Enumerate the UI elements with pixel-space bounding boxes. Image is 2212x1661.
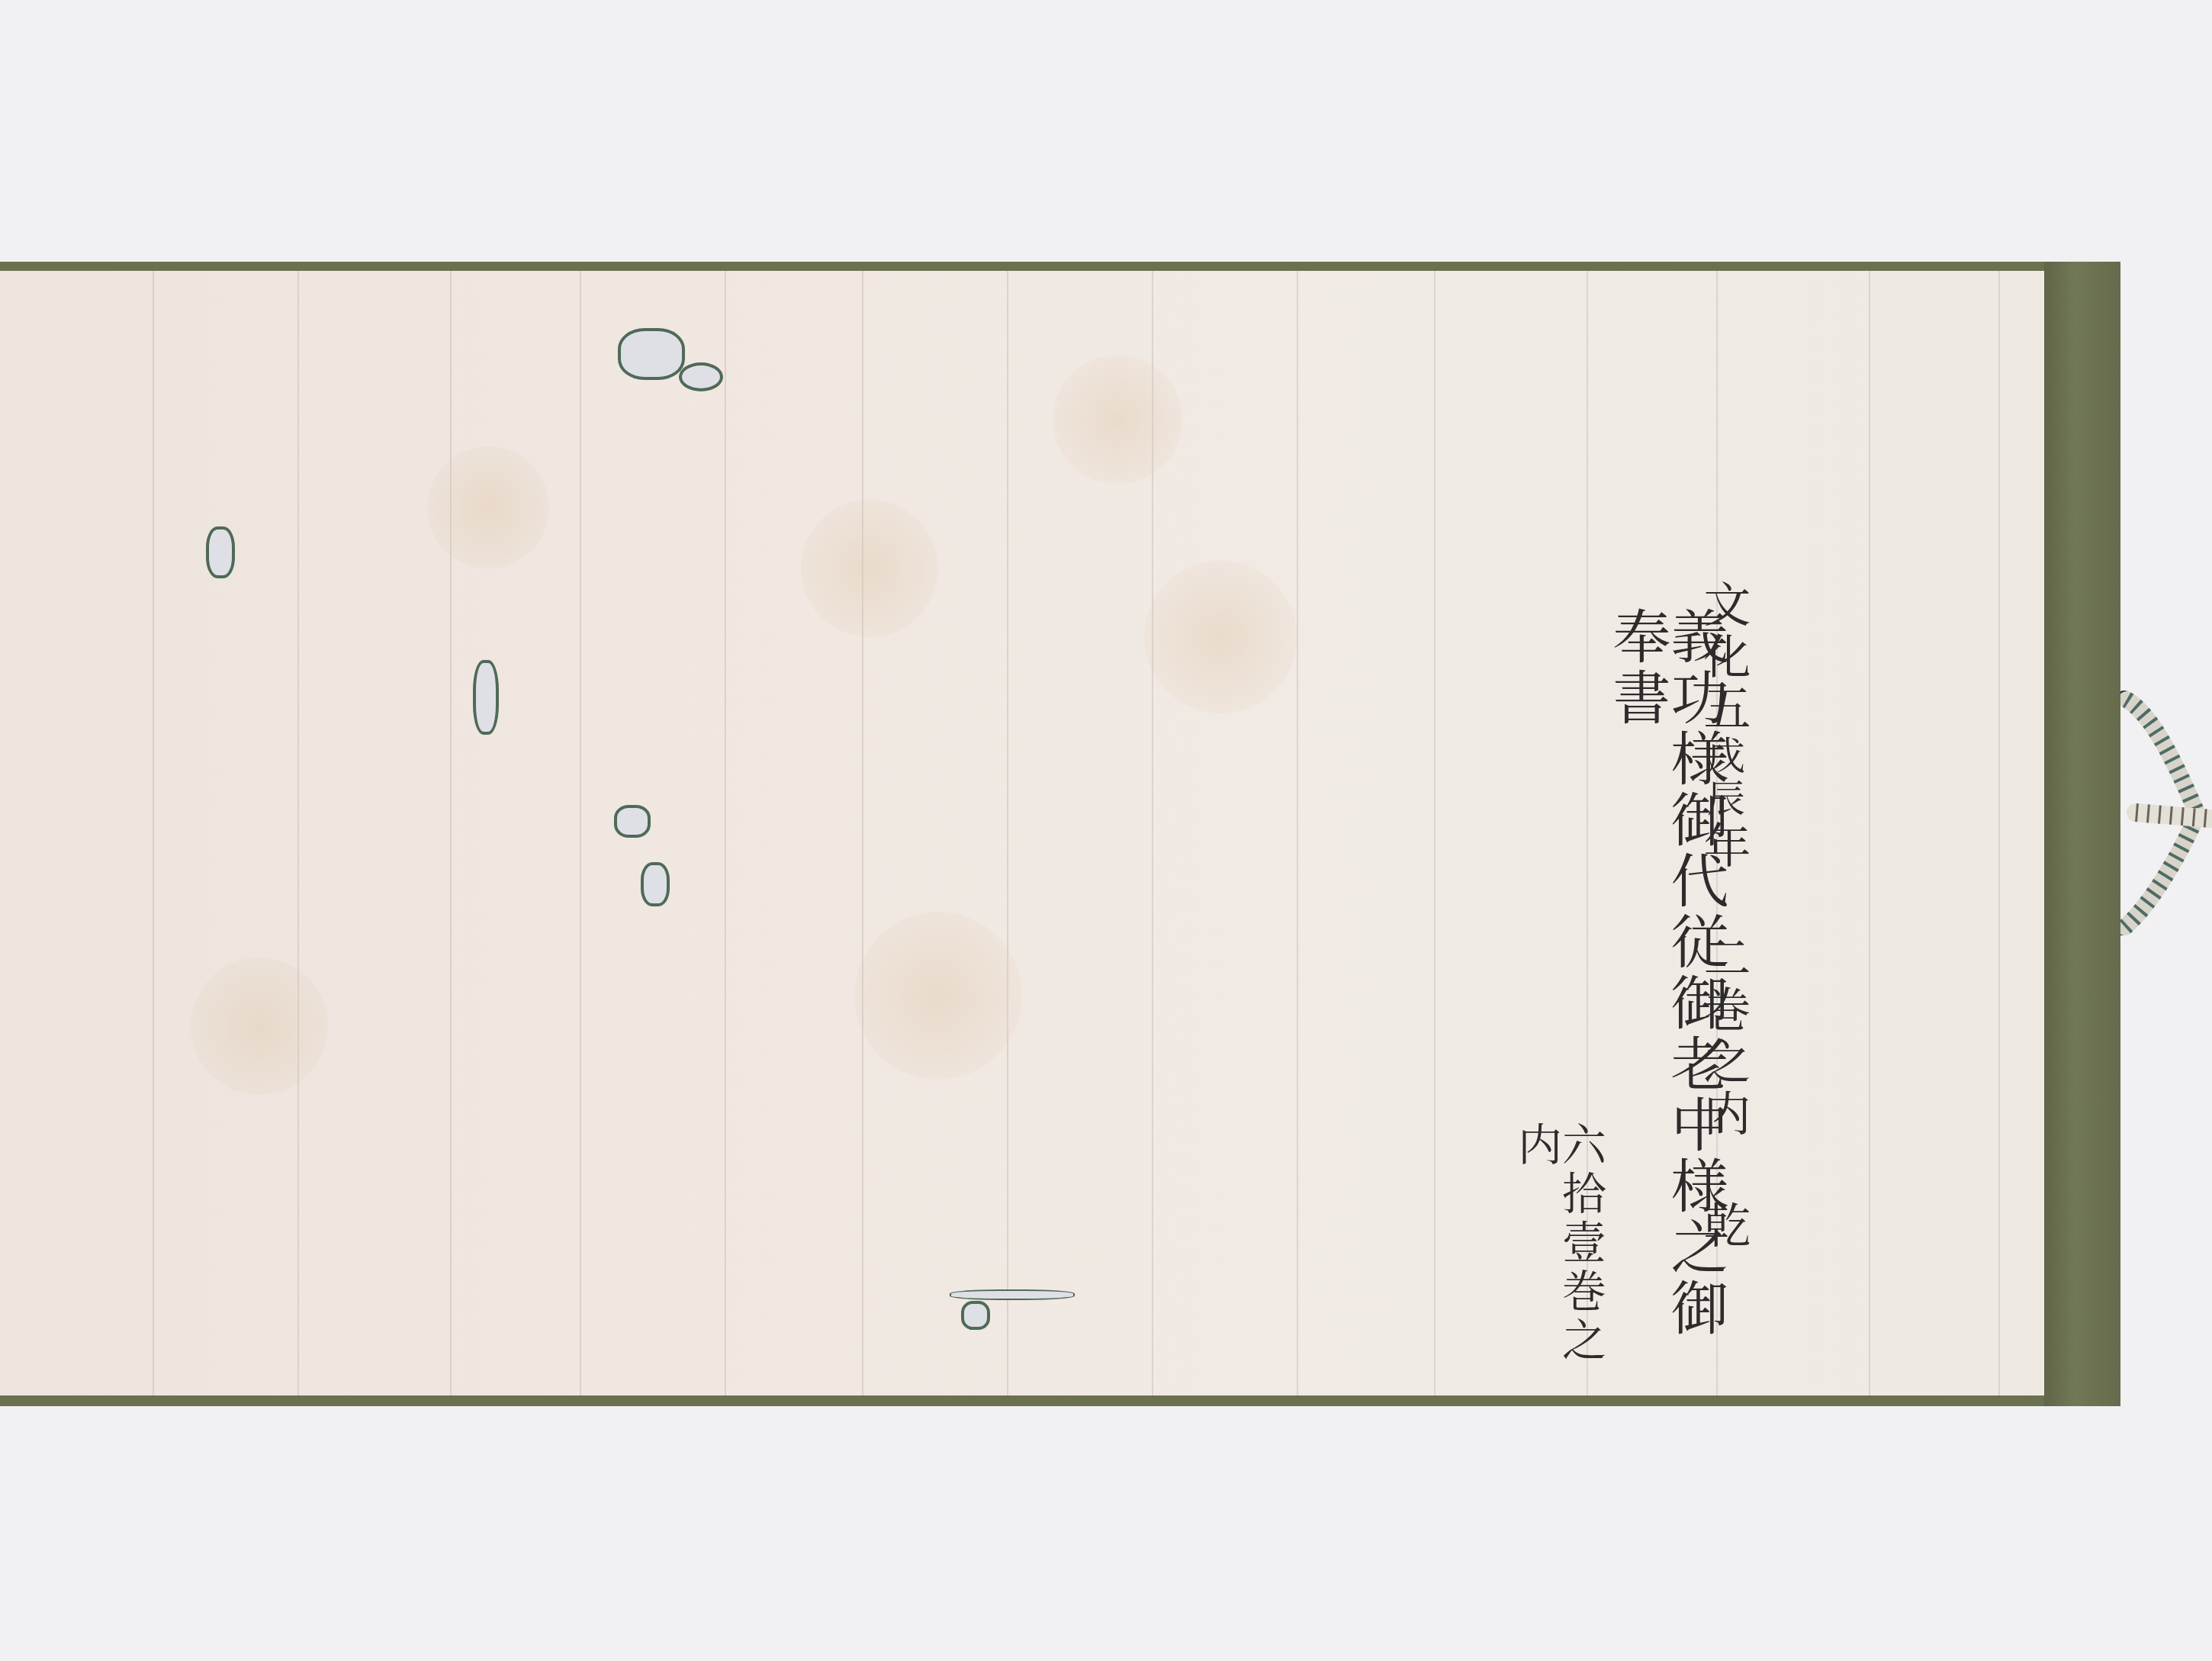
fold-line: [297, 271, 299, 1395]
fold-line: [450, 271, 452, 1395]
fold-line: [580, 271, 581, 1395]
fold-line: [725, 271, 726, 1395]
water-stain: [191, 958, 328, 1095]
water-stain: [427, 446, 549, 568]
silk-mounting-edge: [2044, 262, 2120, 1406]
fold-line: [1297, 271, 1298, 1395]
insect-damage-hole: [679, 362, 723, 391]
scroll-paper: 文化五戊辰年 二巻之内 乾 義功様御代従御老中様之御奉書 六拾壹巻之内: [0, 271, 2069, 1395]
insect-damage-hole: [473, 660, 499, 735]
fold-line: [1434, 271, 1436, 1395]
fold-line: [1007, 271, 1008, 1395]
fold-line: [1869, 271, 1870, 1395]
insect-damage-hole: [961, 1301, 990, 1330]
water-stain: [854, 912, 1022, 1080]
fold-line: [153, 271, 154, 1395]
tie-cord-icon: [2120, 690, 2212, 942]
water-stain: [1144, 561, 1297, 713]
insect-damage-hole: [950, 1289, 1075, 1300]
water-stain: [801, 500, 938, 637]
inscription-title-column: 義功様御代従御老中様之御奉書: [1608, 607, 1724, 1395]
fold-line: [1998, 271, 2000, 1395]
insect-damage-hole: [614, 805, 651, 838]
handscroll: 文化五戊辰年 二巻之内 乾 義功様御代従御老中様之御奉書 六拾壹巻之内: [0, 262, 2120, 1406]
inscription-volume-column: 六拾壹巻之内: [1514, 1122, 1603, 1395]
insect-damage-hole: [206, 526, 235, 578]
insect-damage-hole: [641, 862, 670, 906]
insect-damage-hole: [618, 328, 685, 380]
fold-line: [862, 271, 863, 1395]
water-stain: [1053, 355, 1182, 484]
